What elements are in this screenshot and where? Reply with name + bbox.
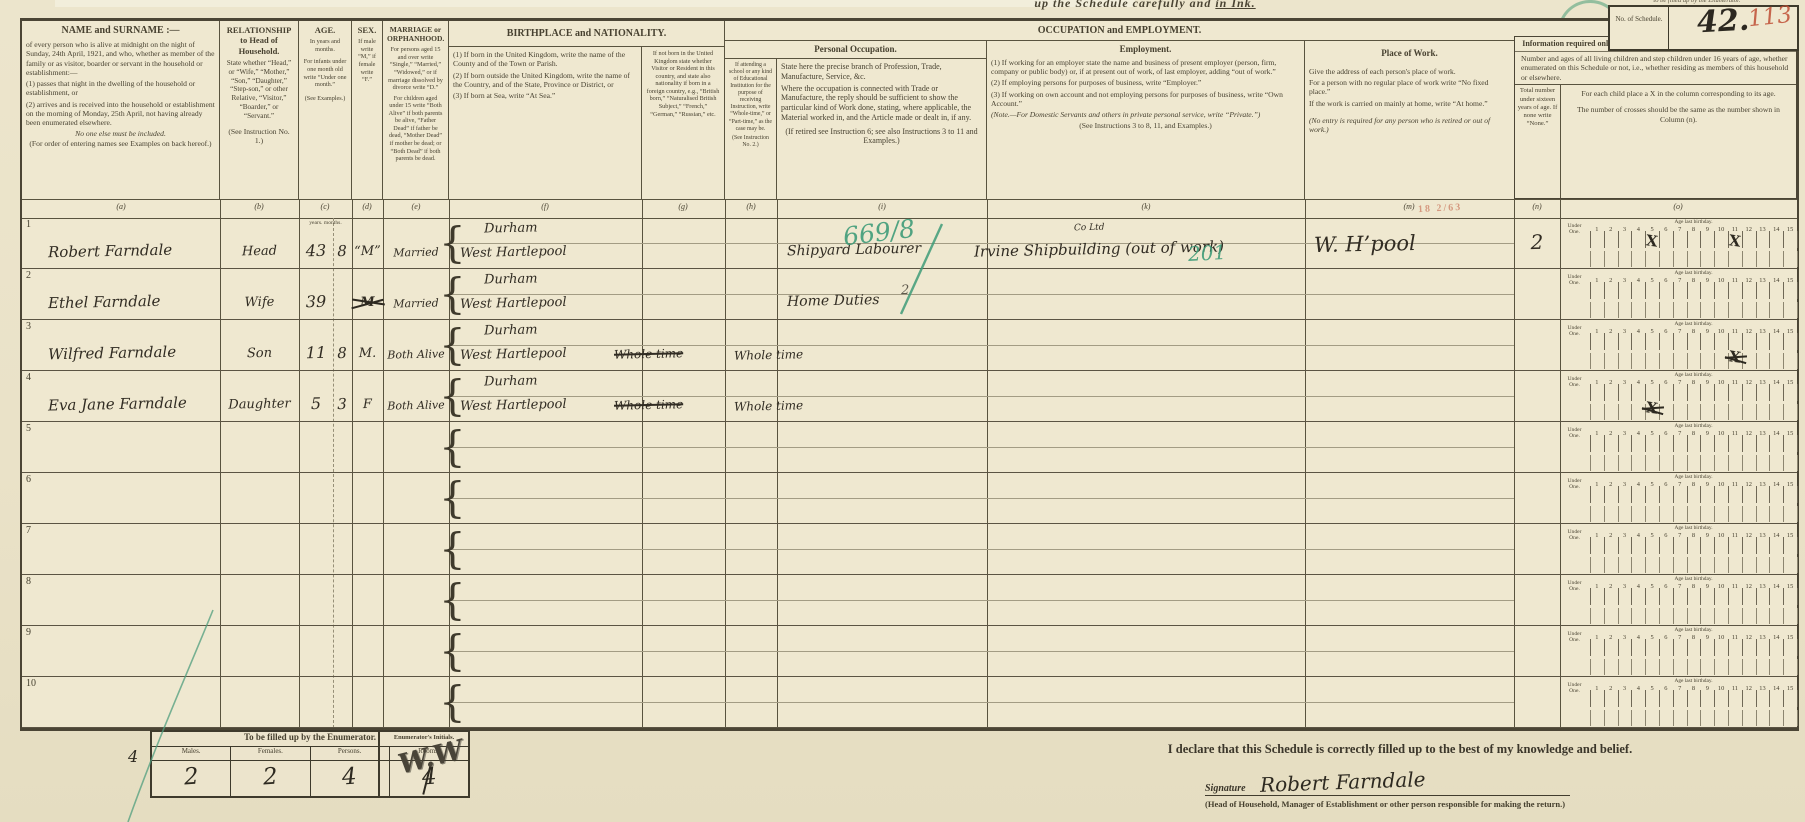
age-grid-number: 15	[1783, 685, 1797, 692]
age-grid-number: 6	[1659, 634, 1673, 641]
column-letter: (g)	[669, 202, 697, 211]
age-grid-number: 7	[1673, 532, 1687, 539]
age-grid-tick	[1673, 404, 1674, 420]
age-grid-number: 3	[1618, 583, 1632, 590]
age-grid-tick	[1769, 302, 1770, 318]
age-grid-number: 3	[1618, 685, 1632, 692]
age-grid-tick	[1742, 690, 1743, 707]
age-grid-tick	[1659, 588, 1660, 605]
age-grid-number: 12	[1742, 226, 1756, 233]
age-grid-number: 15	[1783, 277, 1797, 284]
age-grid-tick	[1590, 251, 1591, 267]
age-grid-tick	[1673, 588, 1674, 605]
age-grid-tick	[1797, 557, 1798, 573]
age-grid-tick	[1659, 282, 1660, 299]
age-grid-tick	[1604, 435, 1605, 452]
age-grid-number: 1	[1590, 481, 1604, 488]
age-grid-tick	[1590, 690, 1591, 707]
age-grid-tick	[1769, 506, 1770, 522]
birthplace-brace: {	[439, 475, 466, 521]
age-grid-tick	[1783, 710, 1784, 726]
age-grid-number: 15	[1783, 634, 1797, 641]
col-note-age: (See Examples.)	[303, 95, 347, 103]
age-grid-number: 13	[1756, 430, 1770, 437]
col-header-age: AGE. In years and months. For infants un…	[299, 21, 352, 199]
row-mid-rule	[449, 651, 1514, 652]
pencil-mark-row3: 2	[901, 283, 910, 298]
education-entry-struck: Whole time	[614, 397, 683, 412]
col-body2-marriage: For children aged under 15 write “Both A…	[387, 95, 444, 163]
age-grid-number: 3	[1618, 634, 1632, 641]
age-grid-number: 5	[1645, 430, 1659, 437]
age-grid-tick	[1618, 537, 1619, 554]
enumerator-initials-scrawl: W.W	[395, 734, 466, 780]
age-grid-number: 2	[1604, 583, 1618, 590]
age-grid-tick	[1590, 455, 1591, 471]
signature-label: Signature	[1205, 783, 1246, 794]
age-grid-tick	[1604, 506, 1605, 522]
under-one-label: UnderOne.	[1560, 631, 1589, 644]
child-age-grid: Age last birthday.UnderOne.1234567891011…	[1560, 320, 1797, 371]
age-grid-tick	[1645, 251, 1646, 267]
age-grid-tick	[1659, 557, 1660, 573]
age-grid-tick	[1631, 353, 1632, 369]
age-months-entry: 8	[331, 344, 353, 362]
age-grid-tick	[1714, 455, 1715, 471]
age-grid-tick	[1604, 333, 1605, 350]
age-grid-tick	[1604, 404, 1605, 420]
age-grid-number: 12	[1742, 328, 1756, 335]
age-grid-tick	[1756, 659, 1757, 675]
age-grid-number: 6	[1659, 532, 1673, 539]
age-grid-tick	[1687, 608, 1688, 624]
education-entry: Whole time	[734, 347, 803, 362]
age-grid-tick	[1687, 659, 1688, 675]
age-grid-number: 5	[1645, 379, 1659, 386]
age-grid-number: 11	[1728, 277, 1742, 284]
age-grid-number: 6	[1659, 328, 1673, 335]
age-grid-tick	[1645, 588, 1646, 605]
age-grid-number: 6	[1659, 277, 1673, 284]
age-grid-tick	[1618, 282, 1619, 299]
row-number: 3	[26, 321, 31, 332]
age-grid-number: 13	[1756, 532, 1770, 539]
top-instruction-text: up the Schedule carefully and	[1034, 0, 1215, 10]
enumerator-col-males: Males.	[152, 747, 231, 760]
age-grid-tick	[1687, 710, 1688, 726]
age-grid-tick	[1673, 710, 1674, 726]
enumerator-col-females: Females.	[231, 747, 310, 760]
birth-county-entry: Durham	[484, 220, 538, 236]
marriage-entry: Both Alive	[383, 398, 449, 412]
age-grid-tick	[1687, 486, 1688, 503]
col-body-age: In years and months.	[303, 38, 347, 53]
birthplace-brace: {	[439, 679, 466, 725]
age-grid-tick	[1797, 588, 1798, 605]
age-grid-tick	[1673, 639, 1674, 656]
age-grid-tick	[1742, 506, 1743, 522]
education-entry: Whole time	[734, 398, 803, 413]
age-grid-tick	[1742, 659, 1743, 675]
age-grid-tick	[1673, 251, 1674, 267]
age-grid-tick	[1769, 537, 1770, 554]
age-grid-number: 5	[1645, 277, 1659, 284]
age-grid-tick	[1728, 506, 1729, 522]
age-grid-tick	[1714, 353, 1715, 369]
age-grid-number: 1	[1590, 430, 1604, 437]
employment-title: Employment.	[991, 44, 1300, 55]
age-grid-tick	[1700, 282, 1701, 299]
age-grid-tick	[1742, 404, 1743, 420]
age-grid-number: 9	[1700, 685, 1714, 692]
age-grid-number: 7	[1673, 685, 1687, 692]
column-letter: (k)	[1132, 202, 1160, 211]
age-months-entry: 8	[331, 242, 353, 260]
age-grid-number: 3	[1618, 328, 1632, 335]
enumerator-females-value: 2	[231, 761, 310, 798]
age-grid-tick	[1673, 282, 1674, 299]
age-grid-tick	[1700, 384, 1701, 401]
age-grid-number: 1	[1590, 328, 1604, 335]
age-grid-number: 8	[1687, 685, 1701, 692]
age-grid-tick	[1756, 486, 1757, 503]
age-grid-tick	[1673, 302, 1674, 318]
age-grid-number: 1	[1590, 685, 1604, 692]
col-body1-marriage: For persons aged 15 and over write “Sing…	[387, 46, 444, 91]
age-grid-number: 8	[1687, 481, 1701, 488]
age-grid-tick	[1769, 384, 1770, 401]
col-note-relationship: (See Instruction No. 1.)	[224, 127, 294, 146]
age-grid-number: 3	[1618, 430, 1632, 437]
age-grid-tick	[1769, 710, 1770, 726]
age-grid-tick	[1769, 282, 1770, 299]
age-grid-tick	[1728, 557, 1729, 573]
age-grid-number: 13	[1756, 277, 1770, 284]
birthplace-uk-item1: (1) If born in the United Kingdom, write…	[453, 50, 637, 69]
age-grid-tick	[1769, 455, 1770, 471]
age-grid-tick	[1797, 282, 1798, 299]
place-note: (No entry is required for any person who…	[1309, 116, 1510, 135]
relationship-entry: Head	[220, 243, 299, 260]
children-grid-note1: For each child place a X in the column c…	[1571, 89, 1786, 99]
column-letter: (b)	[245, 202, 273, 211]
age-grid-tick	[1687, 333, 1688, 350]
under-one-label: UnderOne.	[1560, 274, 1589, 287]
age-grid-number: 10	[1714, 583, 1728, 590]
age-grid-tick	[1673, 506, 1674, 522]
age-grid-number: 1	[1590, 634, 1604, 641]
age-grid-tick	[1783, 333, 1784, 350]
age-grid-tick	[1700, 302, 1701, 318]
col-note2-name: (For order of entering names see Example…	[26, 139, 215, 148]
age-grid-tick	[1742, 435, 1743, 452]
age-grid-number: 6	[1659, 226, 1673, 233]
top-instruction-underlined: in Ink.	[1215, 0, 1255, 10]
age-grid-tick	[1604, 384, 1605, 401]
age-years-entry: 5	[301, 394, 331, 414]
birthplace-uk-item3: (3) If born at Sea, write “At Sea.”	[453, 91, 637, 100]
age-grid-number: 12	[1742, 532, 1756, 539]
age-grid-tick	[1756, 557, 1757, 573]
col-note1-name: No one else must be included.	[26, 129, 215, 138]
age-grid-tick	[1645, 557, 1646, 573]
age-grid-tick	[1742, 557, 1743, 573]
age-grid-tick	[1618, 251, 1619, 267]
age-grid-tick	[1797, 608, 1798, 624]
occupation-note: (If retired see Instruction 6; see also …	[781, 127, 982, 147]
age-grid-tick	[1769, 353, 1770, 369]
row-mid-rule	[449, 345, 1514, 346]
age-grid-tick	[1618, 690, 1619, 707]
age-grid-number: 13	[1756, 583, 1770, 590]
under-one-label: UnderOne.	[1560, 223, 1589, 236]
age-grid-tick	[1618, 588, 1619, 605]
age-grid-tick	[1769, 659, 1770, 675]
age-grid-tick	[1631, 537, 1632, 554]
column-letter: (o)	[1664, 202, 1692, 211]
child-age-grid: Age last birthday.UnderOne.1234567891011…	[1560, 269, 1797, 320]
age-grid-number: 8	[1687, 430, 1701, 437]
age-grid-tick	[1742, 384, 1743, 401]
age-grid-tick	[1645, 659, 1646, 675]
age-grid-tick	[1631, 455, 1632, 471]
age-grid-tick	[1714, 231, 1715, 248]
under-one-label: UnderOne.	[1560, 478, 1589, 491]
child-age-grid: Age last birthday.UnderOne.1234567891011…	[1560, 473, 1797, 524]
age-grid-tick	[1590, 486, 1591, 503]
age-grid-tick	[1604, 659, 1605, 675]
age-grid-tick	[1783, 404, 1784, 420]
age-grid-number: 8	[1687, 328, 1701, 335]
row-number: 2	[26, 270, 31, 281]
schedule-number-handwritten: 42.	[1696, 3, 1750, 41]
age-grid-tick	[1783, 435, 1784, 452]
red-stamp-113: 113	[1747, 2, 1793, 32]
age-grid-tick	[1714, 333, 1715, 350]
under-one-label: UnderOne.	[1560, 325, 1589, 338]
age-grid-number: 11	[1728, 481, 1742, 488]
age-grid-tick	[1783, 384, 1784, 401]
age-grid-tick	[1783, 639, 1784, 656]
age-grid-tick	[1618, 455, 1619, 471]
age-grid-tick	[1590, 557, 1591, 573]
age-grid-tick	[1604, 588, 1605, 605]
age-grid-tick	[1742, 710, 1743, 726]
age-grid-tick	[1645, 455, 1646, 471]
age-grid-number: 8	[1687, 532, 1701, 539]
col-header-occupation: State here the precise branch of Profess…	[777, 59, 987, 199]
age-grid-tick	[1618, 404, 1619, 420]
marriage-entry: Both Alive	[383, 347, 449, 361]
age-grid-tick	[1590, 639, 1591, 656]
col-title-relationship: RELATIONSHIP to Head of Household.	[224, 25, 294, 56]
age-grid-tick	[1659, 435, 1660, 452]
age-grid-tick	[1700, 690, 1701, 707]
age-grid-tick	[1604, 302, 1605, 318]
schedule-row: 9{Age last birthday.UnderOne.12345678910…	[22, 626, 1797, 677]
age-grid-tick	[1797, 639, 1798, 656]
age-grid-number: 4	[1631, 685, 1645, 692]
under-one-label: UnderOne.	[1560, 580, 1589, 593]
place-item1: Give the address of each person's place …	[1309, 67, 1510, 76]
age-grid-number: 4	[1631, 379, 1645, 386]
column-letter: (h)	[737, 202, 765, 211]
age-grid-tick	[1631, 231, 1632, 248]
age-grid-tick	[1645, 353, 1646, 369]
age-grid-number: 5	[1645, 583, 1659, 590]
age-grid-tick	[1645, 608, 1646, 624]
age-grid-number: 11	[1728, 379, 1742, 386]
signature-row: Signature Robert Farndale	[1205, 770, 1570, 796]
age-grid-tick	[1728, 251, 1729, 267]
place-of-work-title: Place of Work.	[1309, 48, 1510, 59]
age-grid-number: 6	[1659, 583, 1673, 590]
age-grid-number: 15	[1783, 430, 1797, 437]
age-grid-tick	[1687, 302, 1688, 318]
age-grid-number: 14	[1769, 583, 1783, 590]
age-grid-tick	[1714, 384, 1715, 401]
age-grid-number: 2	[1604, 685, 1618, 692]
age-grid-number: 4	[1631, 226, 1645, 233]
age-grid-number: 15	[1783, 328, 1797, 335]
under-one-label: UnderOne.	[1560, 376, 1589, 389]
age-grid-tick	[1631, 435, 1632, 452]
age-grid-tick	[1756, 455, 1757, 471]
child-age-grid: Age last birthday.UnderOne.1234567891011…	[1560, 422, 1797, 473]
age-grid-tick	[1700, 639, 1701, 656]
age-grid-tick	[1714, 506, 1715, 522]
age-grid-tick	[1659, 302, 1660, 318]
col-header-place-of-work: Place of Work. Give the address of each …	[1305, 41, 1514, 199]
age-grid-number: 15	[1783, 226, 1797, 233]
age-grid-tick	[1604, 282, 1605, 299]
signature-responsible-note: (Head of Household, Manager of Establish…	[1205, 799, 1675, 809]
children-info-box: Information required only in respect of …	[1514, 36, 1797, 199]
child-age-grid: Age last birthday.UnderOne.1234567891011…	[1560, 575, 1797, 626]
age-grid-tick	[1687, 588, 1688, 605]
row-number: 6	[26, 474, 31, 485]
age-grid-tick	[1769, 435, 1770, 452]
employment-item2: (2) If employing persons for purposes of…	[991, 78, 1300, 87]
age-grid-tick	[1590, 353, 1591, 369]
age-grid-tick	[1742, 455, 1743, 471]
age-grid-number: 2	[1604, 430, 1618, 437]
age-grid-tick	[1659, 659, 1660, 675]
under-one-label: UnderOne.	[1560, 427, 1589, 440]
age-grid-number: 1	[1590, 532, 1604, 539]
age-grid-tick	[1604, 639, 1605, 656]
age-grid-tick	[1618, 353, 1619, 369]
age-grid-number: 9	[1700, 430, 1714, 437]
age-grid-tick	[1714, 639, 1715, 656]
age-grid-number: 10	[1714, 277, 1728, 284]
age-grid-tick	[1645, 384, 1646, 401]
males-count: 2	[183, 764, 199, 791]
age-grid-number: 4	[1631, 430, 1645, 437]
age-grid-number: 10	[1714, 430, 1728, 437]
age-grid-number: 12	[1742, 277, 1756, 284]
age-grid-number: 7	[1673, 634, 1687, 641]
age-grid-tick	[1604, 353, 1605, 369]
schedule-row: 6{Age last birthday.UnderOne.12345678910…	[22, 473, 1797, 524]
schedule-row: 3{Wilfred FarndaleSon118M.Both AliveDurh…	[22, 320, 1797, 371]
age-grid-tick	[1631, 404, 1632, 420]
age-grid-tick	[1645, 639, 1646, 656]
age-grid-number: 7	[1673, 379, 1687, 386]
age-grid-number: 12	[1742, 379, 1756, 386]
age-grid-tick	[1673, 537, 1674, 554]
age-grid-tick	[1783, 588, 1784, 605]
age-grid-number: 1	[1590, 583, 1604, 590]
age-grid-tick	[1631, 588, 1632, 605]
age-grid-tick	[1659, 639, 1660, 656]
place-item2: For a person with no regular place of wo…	[1309, 78, 1510, 97]
age-grid-tick	[1728, 435, 1729, 452]
age-grid-tick	[1631, 384, 1632, 401]
age-grid-tick	[1590, 282, 1591, 299]
col-body2-age: For infants under one month old write “U…	[303, 58, 347, 88]
age-grid-tick	[1742, 251, 1743, 267]
row-mid-rule	[449, 396, 1514, 397]
birth-county-entry: Durham	[484, 373, 538, 389]
age-grid-number: 5	[1645, 328, 1659, 335]
child-age-grid: Age last birthday.UnderOne.1234567891011…	[1560, 371, 1797, 422]
age-grid-number: 11	[1728, 583, 1742, 590]
age-grid-number: 9	[1700, 226, 1714, 233]
column-letter: (a)	[107, 202, 135, 211]
occupation-entry: Home Duties	[787, 292, 880, 310]
age-grid-header: Age last birthday.	[1590, 576, 1797, 582]
age-grid-tick	[1797, 486, 1798, 503]
age-grid-number: 6	[1659, 430, 1673, 437]
age-grid-tick	[1590, 302, 1591, 318]
occupation-body1: State here the precise branch of Profess…	[781, 62, 982, 82]
age-grid-tick	[1700, 537, 1701, 554]
age-grid-tick	[1687, 282, 1688, 299]
age-grid-tick	[1756, 231, 1757, 248]
birthplace-brace: {	[439, 577, 466, 623]
age-grid-tick	[1659, 353, 1660, 369]
age-grid-tick	[1728, 588, 1729, 605]
occupation-employment-title: OCCUPATION and EMPLOYMENT.	[1038, 25, 1202, 36]
age-grid-tick	[1700, 608, 1701, 624]
age-grid-tick	[1769, 404, 1770, 420]
age-grid-number: 7	[1673, 226, 1687, 233]
age-grid-tick	[1604, 710, 1605, 726]
nationality-body: If not born in the United Kingdom state …	[646, 50, 720, 118]
age-grid-tick	[1714, 435, 1715, 452]
age-grid-tick	[1687, 251, 1688, 267]
age-grid-header: Age last birthday.	[1590, 627, 1797, 633]
age-grid-tick	[1797, 251, 1798, 267]
age-grid-number: 12	[1742, 685, 1756, 692]
age-grid-number: 13	[1756, 685, 1770, 692]
age-grid-number: 14	[1769, 379, 1783, 386]
schedule-row: 5{Age last birthday.UnderOne.12345678910…	[22, 422, 1797, 473]
age-grid-tick	[1756, 404, 1757, 420]
age-grid-tick	[1604, 608, 1605, 624]
age-grid-number: 5	[1645, 634, 1659, 641]
age-grid-header: Age last birthday.	[1590, 678, 1797, 684]
child-age-grid: Age last birthday.UnderOne.1234567891011…	[1560, 677, 1797, 728]
children-info-split: Total number under sixteen years of age.…	[1515, 84, 1796, 198]
age-grid-number: 11	[1728, 328, 1742, 335]
age-grid-tick	[1797, 333, 1798, 350]
age-grid-tick	[1797, 435, 1798, 452]
age-grid-tick	[1714, 404, 1715, 420]
age-grid-tick	[1756, 608, 1757, 624]
age-grid-tick	[1783, 506, 1784, 522]
